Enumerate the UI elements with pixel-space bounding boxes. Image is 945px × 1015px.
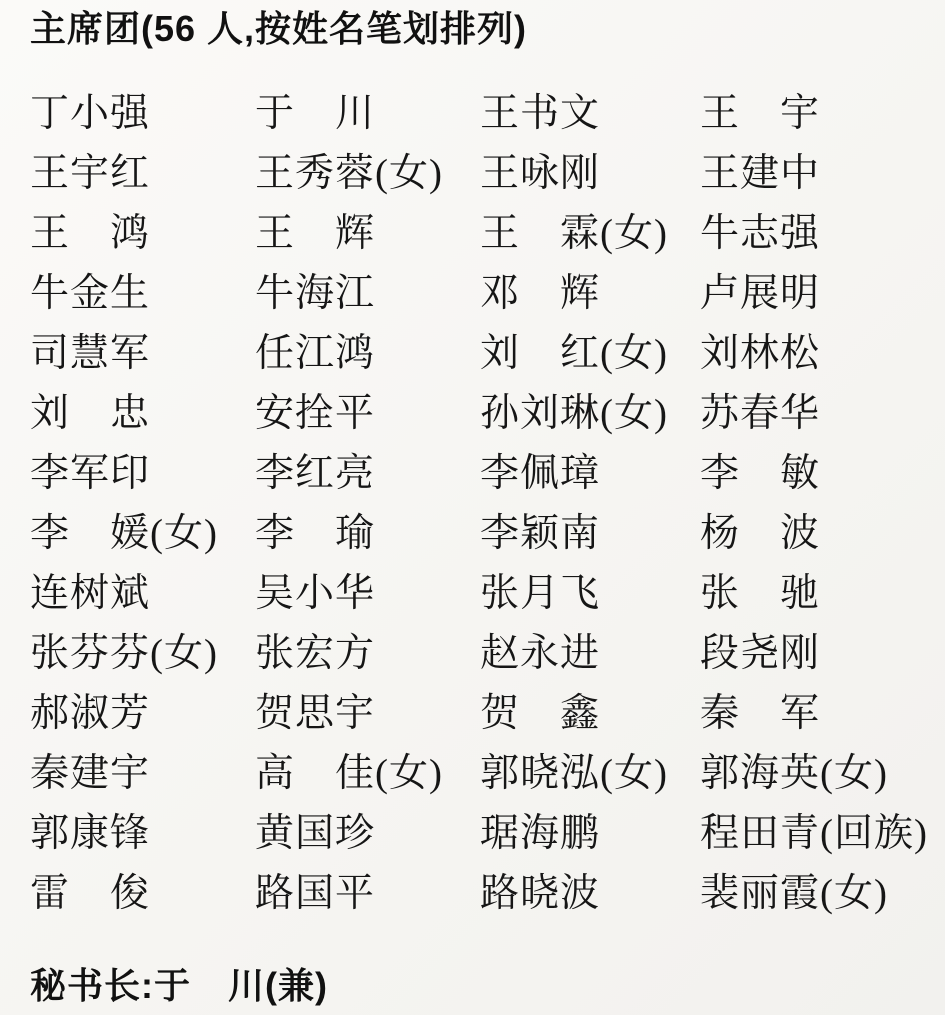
member-name: 黄国珍 [255, 804, 480, 864]
member-name: 刘 红(女) [480, 324, 700, 384]
member-name: 司慧军 [30, 324, 255, 384]
member-name: 连树斌 [30, 564, 255, 624]
secretary-general-name: 于 川(兼) [154, 965, 328, 1006]
member-name: 刘 忠 [30, 384, 255, 444]
member-name: 李 媛(女) [30, 504, 255, 564]
member-name: 王 鸿 [30, 204, 255, 264]
member-name: 任江鸿 [255, 324, 480, 384]
member-name: 贺思宇 [255, 684, 480, 744]
member-name: 牛海江 [255, 264, 480, 324]
document-page: 主席团(56 人,按姓名笔划排列) 丁小强 于 川 王书文 王 宇 王宇红 王秀… [0, 0, 945, 1015]
member-name: 贺 鑫 [480, 684, 700, 744]
page-title: 主席团(56 人,按姓名笔划排列) [30, 6, 935, 52]
member-name: 秦 军 [700, 684, 935, 744]
member-name: 李佩璋 [480, 444, 700, 504]
member-name: 于 川 [255, 84, 480, 144]
member-name: 路国平 [255, 864, 480, 924]
member-name: 李 敏 [700, 444, 935, 504]
member-name: 王 辉 [255, 204, 480, 264]
member-name: 程田青(回族) [700, 804, 935, 864]
member-name: 段尧刚 [700, 624, 935, 684]
member-name: 吴小华 [255, 564, 480, 624]
member-name: 秦建宇 [30, 744, 255, 804]
member-name: 张宏方 [255, 624, 480, 684]
member-name: 裴丽霞(女) [700, 864, 935, 924]
member-name: 张月飞 [480, 564, 700, 624]
member-name: 王宇红 [30, 144, 255, 204]
member-name: 邓 辉 [480, 264, 700, 324]
member-name: 张 驰 [700, 564, 935, 624]
member-name-grid: 丁小强 于 川 王书文 王 宇 王宇红 王秀蓉(女) 王咏刚 王建中 王 鸿 王… [30, 84, 935, 924]
member-name: 刘林松 [700, 324, 935, 384]
member-name: 路晓波 [480, 864, 700, 924]
member-name: 郝淑芳 [30, 684, 255, 744]
member-name: 王书文 [480, 84, 700, 144]
member-name: 高 佳(女) [255, 744, 480, 804]
member-name: 牛金生 [30, 264, 255, 324]
member-name: 李军印 [30, 444, 255, 504]
member-name: 王 宇 [700, 84, 935, 144]
member-name: 王秀蓉(女) [255, 144, 480, 204]
member-name: 王 霖(女) [480, 204, 700, 264]
member-name: 丁小强 [30, 84, 255, 144]
member-name: 郭康锋 [30, 804, 255, 864]
member-name: 卢展明 [700, 264, 935, 324]
member-name: 李红亮 [255, 444, 480, 504]
member-name: 王建中 [700, 144, 935, 204]
member-name: 杨 波 [700, 504, 935, 564]
member-name: 郭晓泓(女) [480, 744, 700, 804]
member-name: 苏春华 [700, 384, 935, 444]
member-name: 琚海鹏 [480, 804, 700, 864]
member-name: 张芬芬(女) [30, 624, 255, 684]
member-name: 王咏刚 [480, 144, 700, 204]
member-name: 牛志强 [700, 204, 935, 264]
member-name: 李 瑜 [255, 504, 480, 564]
member-name: 雷 俊 [30, 864, 255, 924]
member-name: 安拴平 [255, 384, 480, 444]
member-name: 郭海英(女) [700, 744, 935, 804]
member-name: 赵永进 [480, 624, 700, 684]
member-name: 李颖南 [480, 504, 700, 564]
secretary-general-line: 秘书长:于 川(兼) [30, 958, 328, 1009]
secretary-general-label: 秘书长: [30, 965, 154, 1006]
member-name: 孙刘琳(女) [480, 384, 700, 444]
